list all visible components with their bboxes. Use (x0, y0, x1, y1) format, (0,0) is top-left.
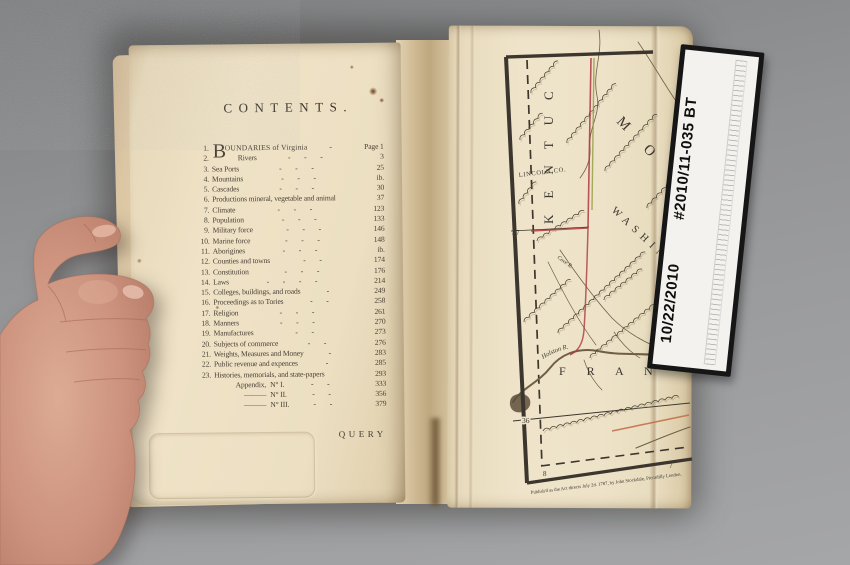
board-impression (149, 432, 316, 500)
row-label: Marine force (213, 236, 251, 245)
row-page: ib. (355, 245, 385, 254)
contents-block: CONTENTS. 1. OUNDARIES of Virginia - Pag… (193, 99, 386, 412)
longitude-7: 7 (669, 462, 673, 470)
row-page: Page 1 (354, 142, 384, 151)
imprint: Publish'd as the Act directs July 2d. 17… (531, 473, 682, 496)
contents-list: 1. OUNDARIES of Virginia - Page 1 B 2. R… (194, 142, 387, 412)
row-label: Manners (213, 318, 239, 327)
row-label: Proceedings as to Tories (213, 297, 283, 307)
row-page: 270 (355, 317, 385, 326)
row-page: 379 (356, 399, 386, 408)
row-label: Laws (213, 277, 229, 286)
row-number: 11. (195, 247, 210, 256)
contents-page: CONTENTS. 1. OUNDARIES of Virginia - Pag… (129, 43, 406, 506)
row-dashes: - - - (235, 204, 354, 214)
row-number: 12. (195, 257, 210, 266)
row-page: 258 (355, 296, 385, 305)
row-number: 16. (195, 298, 210, 307)
row-label: Manufactures (214, 328, 254, 337)
row-label: Constitution (213, 267, 249, 276)
row-dashes: - (300, 286, 355, 296)
row-number: 1. (194, 144, 209, 153)
row-dashes: - - (289, 399, 356, 409)
row-dashes: - - - (257, 152, 354, 162)
row-label: Rivers (238, 153, 257, 162)
latitude-36: 36 (522, 416, 530, 425)
row-number: 5. (194, 185, 209, 194)
row-page: ib. (354, 173, 384, 182)
catchword: QUERY (197, 429, 387, 441)
row-dashes: - - (287, 389, 357, 399)
row-page: 285 (356, 358, 386, 367)
row-number: 7. (194, 205, 209, 214)
row-number: 22. (196, 360, 211, 369)
red-boundary-south (570, 228, 588, 355)
row-label: Histories, memorials, and state-papers (214, 369, 325, 379)
row-number: 10. (195, 236, 210, 245)
holston-river-text: Holston R. (540, 343, 570, 361)
row-page: 261 (355, 307, 385, 316)
row-number: 6. (194, 195, 209, 204)
row-label: Religion (213, 308, 238, 317)
row-prefix: ——— (214, 390, 266, 400)
row-number: 15. (195, 288, 210, 297)
row-number: 18. (195, 319, 210, 328)
row-page: 249 (355, 286, 385, 295)
row-label: N° II. (270, 390, 287, 399)
row-page: 3 (354, 152, 384, 161)
row-page: 273 (356, 327, 386, 336)
row-label: Cascades (212, 184, 239, 193)
montgomery-label: M O (613, 114, 666, 168)
map-border-bottom (527, 459, 692, 483)
row-page: 148 (355, 234, 385, 243)
row-dashes: - - - (239, 163, 354, 173)
latitude-37: 37 (512, 228, 520, 237)
row-number: 2. (194, 154, 209, 163)
orange-boundary (612, 415, 689, 431)
row-dashes: - (304, 348, 356, 358)
row-number: 23. (196, 370, 211, 379)
foxing-spot (350, 65, 354, 69)
row-page: 176 (355, 265, 385, 274)
row-label: Climate (212, 205, 235, 214)
row-page: 146 (354, 224, 384, 233)
row-dashes: - - - (238, 307, 355, 317)
row-dashes: - - - (245, 245, 355, 255)
row-dashes: - (298, 358, 356, 368)
row-number: 20. (196, 339, 211, 348)
red-boundary-vertical (588, 58, 591, 228)
hand (0, 195, 170, 565)
photo-scene: CONTENTS. 1. OUNDARIES of Virginia - Pag… (0, 0, 850, 565)
row-dashes: - - - (250, 235, 354, 245)
row-dashes: - - - (239, 317, 356, 327)
row-number: 19. (196, 329, 211, 338)
row-prefix: ——— (214, 400, 266, 410)
row-page: 333 (356, 379, 386, 388)
row-label: N° I. (270, 380, 284, 389)
row-label: OUNDARIES of Virginia (225, 143, 308, 153)
photo-date: 10/22/2010 (658, 231, 687, 344)
row-dashes: - - - (244, 214, 355, 224)
row-page: 293 (356, 368, 386, 377)
contents-row: ——— N° III. - - 379 (196, 399, 386, 411)
page-title: CONTENTS. (193, 99, 383, 117)
knuckle-highlight (78, 280, 118, 304)
row-label: Weights, Measures and Money (214, 349, 304, 359)
longitude-8: 8 (543, 470, 547, 478)
row-dashes: - - - (253, 224, 355, 234)
row-dashes: - (307, 142, 353, 151)
row-label: Population (212, 215, 244, 224)
row-number: 8. (194, 216, 209, 225)
row-dashes: - - (284, 379, 356, 389)
row-label: Mountains (212, 174, 243, 183)
row-page: 356 (356, 389, 386, 398)
row-page: 25 (354, 162, 384, 171)
row-page: 37 (354, 193, 384, 202)
row-page: 30 (354, 183, 384, 192)
row-number: 13. (195, 267, 210, 276)
row-page: 276 (356, 337, 386, 346)
row-label: Public revenue and expences (214, 359, 298, 369)
row-number: 9. (194, 226, 209, 235)
row-label: Sea Ports (212, 164, 239, 173)
row-page: 133 (354, 214, 384, 223)
row-label: Military force (212, 226, 252, 235)
row-label: Subjects of commerce (214, 339, 279, 349)
kentucky-label: KENTUC (541, 75, 556, 224)
river-pool (510, 394, 530, 412)
row-number: 21. (196, 350, 211, 359)
accession-number: #2010/11-035 BT (671, 70, 704, 221)
green-boundary (592, 58, 594, 210)
holston-river-label: Holston R. (540, 343, 570, 361)
row-number: 17. (195, 308, 210, 317)
row-number: 4. (194, 174, 209, 183)
row-dashes: - - (278, 338, 356, 348)
ruler-scale (704, 60, 748, 366)
row-label: Counties and towns (213, 256, 270, 266)
map-border-top (506, 52, 653, 57)
row-label: Aborigines (213, 246, 245, 255)
row-page: 123 (354, 204, 384, 213)
row-dashes: - - - - (229, 276, 355, 286)
row-dashes: - - (254, 327, 356, 337)
row-label: N° III. (270, 400, 289, 409)
row-dashes: - - - (249, 266, 355, 276)
row-number: 14. (195, 277, 210, 286)
row-page: 214 (355, 276, 385, 285)
row-prefix: Appendix, (214, 380, 266, 390)
row-dashes: - - (270, 255, 355, 265)
row-page: 174 (355, 255, 385, 264)
row-dashes: - - - (239, 183, 354, 193)
row-page: 283 (356, 348, 386, 357)
row-dashes: - - (283, 297, 355, 307)
row-number: 3. (194, 164, 209, 173)
foxing-spot (369, 87, 377, 96)
row-label: Productions mineral, vegetable and anima… (212, 194, 336, 204)
row-dashes: - - - (243, 173, 354, 183)
row-label: Colleges, buildings, and roads (213, 287, 300, 297)
hand-silhouette (0, 216, 154, 565)
